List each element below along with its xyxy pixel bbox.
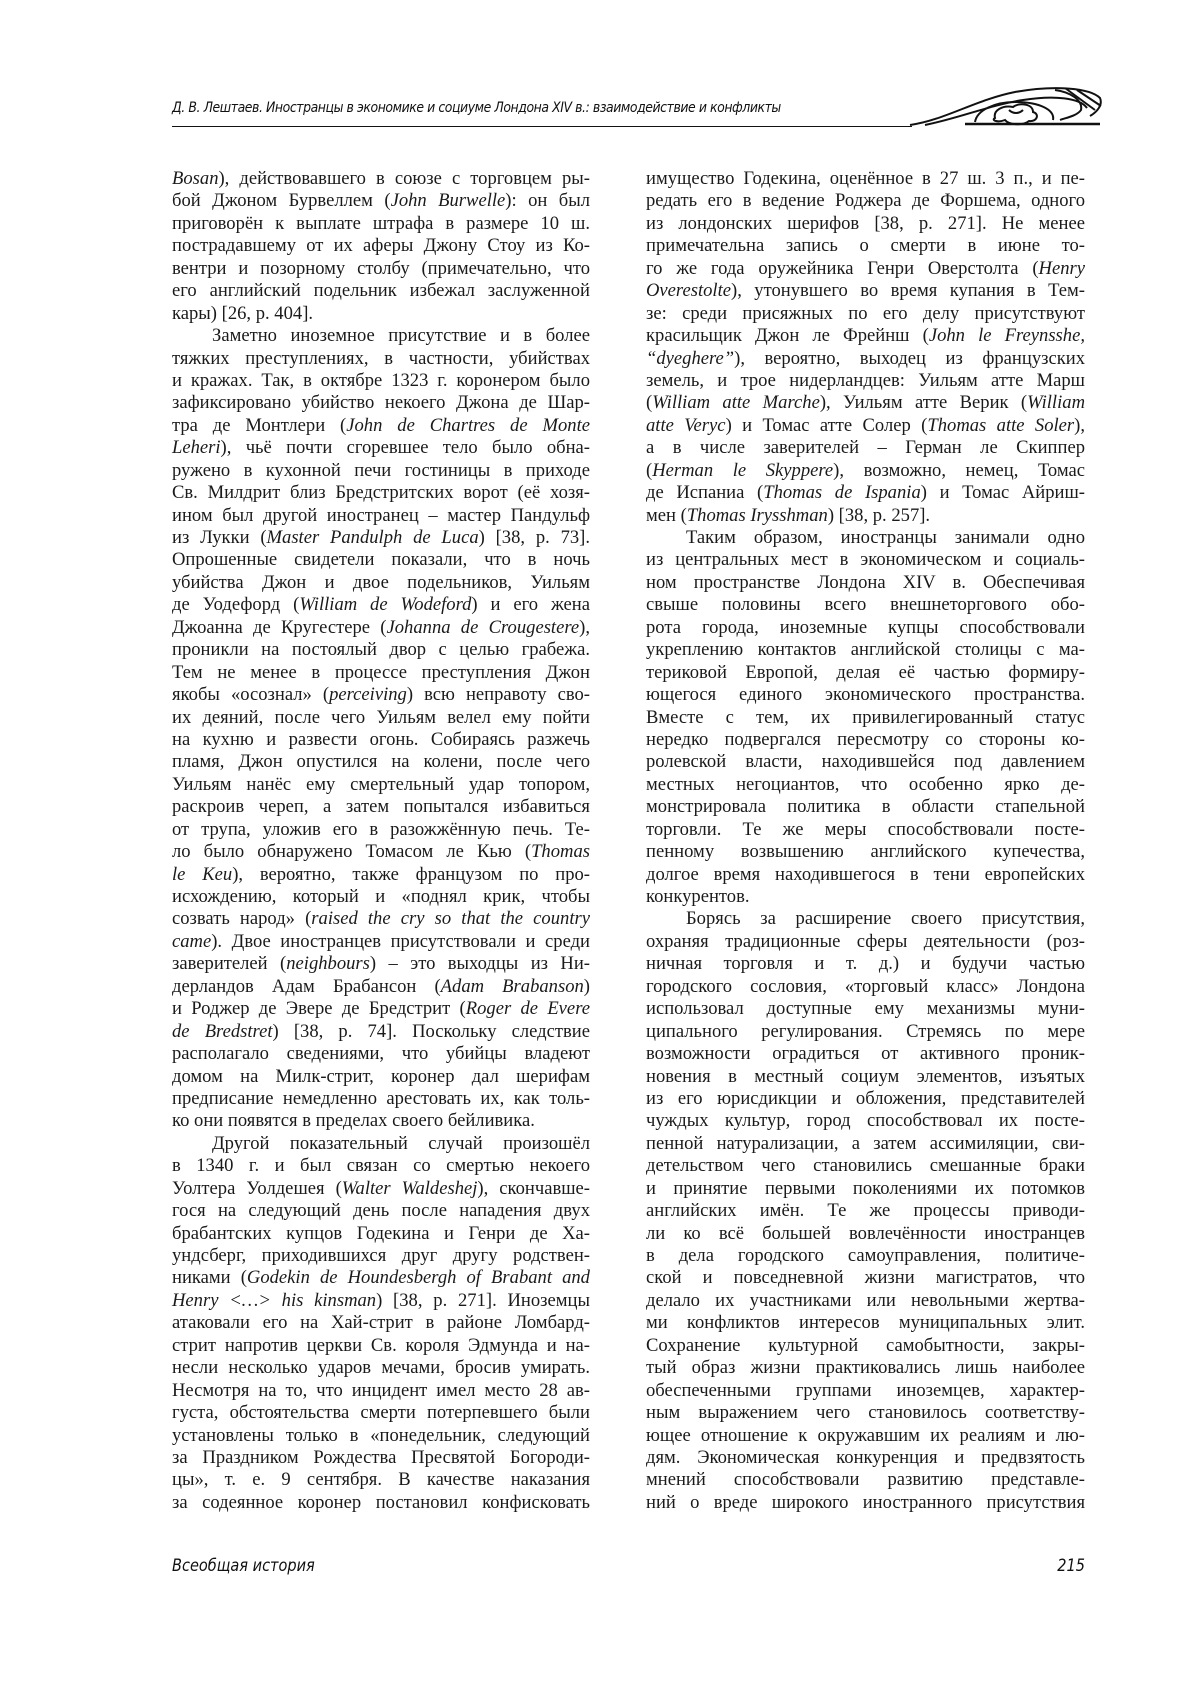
text-line: дям. Экономическая конкуренция и предвзя… <box>646 1447 1085 1469</box>
text-segment: ) и его жена <box>471 594 590 615</box>
text-line: ным выражением чего становилось соответс… <box>646 1402 1085 1424</box>
text-segment: бой Джоном Бурвеллем ( <box>172 190 391 211</box>
text-segment: Уильям нанёс ему смертельный удар топоро… <box>172 774 590 795</box>
text-segment: рота города, иноземные купцы способствов… <box>646 617 1085 638</box>
text-line: предписание немедленно арестовать их, ка… <box>172 1088 590 1110</box>
text-line: цы», т. е. 9 сентября. В качестве наказа… <box>172 1469 590 1491</box>
text-line: тяжких преступлениях, в частности, убийс… <box>172 348 590 370</box>
text-line: проникли на постоялый двор с целью грабе… <box>172 639 590 661</box>
text-segment: обеспеченными группами иноземцев, характ… <box>646 1380 1085 1401</box>
text-segment: атаковали его на Хай-стрит в районе Ломб… <box>172 1312 590 1333</box>
text-line: созвать народ» (raised the cry so that t… <box>172 908 590 930</box>
header-rule <box>172 126 912 127</box>
text-segment: пенному возвышению английского купечеств… <box>646 841 1085 862</box>
text-segment: ном пространстве Лондона XIV в. Обеспечи… <box>646 572 1085 593</box>
italic-text: John Burwelle <box>391 190 506 211</box>
text-segment: ющее отношение к окружавшим их реалиям и… <box>646 1425 1085 1446</box>
text-line: стрит напротив церкви Св. короля Эдмунда… <box>172 1335 590 1357</box>
text-line: де Испаниа (Thomas de Ispania) и Томас А… <box>646 482 1085 504</box>
text-segment: ), действовавшего в союзе с торговцем ры… <box>218 168 590 189</box>
text-segment: Другой показательный случай произошёл <box>212 1133 590 1154</box>
text-line: бой Джоном Бурвеллем (John Burwelle): он… <box>172 190 590 212</box>
italic-text: Walter Waldeshej <box>342 1178 478 1199</box>
text-line: мен (Thomas Irysshman) [38, p. 257]. <box>646 505 1085 527</box>
text-line: использовал доступные ему механизмы муни… <box>646 998 1085 1020</box>
text-segment: ), <box>579 617 590 638</box>
text-segment: ), возможно, немец, Томас <box>833 460 1085 481</box>
text-segment: густа, обстоятельства смерти потерпевшег… <box>172 1402 590 1423</box>
text-line: монстрировала политика в области стапель… <box>646 796 1085 818</box>
text-segment: никами ( <box>172 1267 247 1288</box>
text-line: “dyeghere”), вероятно, выходец из францу… <box>646 348 1085 370</box>
text-segment: мнений способствовали развитию представл… <box>646 1469 1085 1490</box>
text-segment: гося на следующий день после нападения д… <box>172 1200 590 1221</box>
text-line: красильщик Джон ле Фрейнш (John le Freyn… <box>646 325 1085 347</box>
text-segment: от трупа, уложив его в разожжённую печь.… <box>172 819 590 840</box>
text-line: ном пространстве Лондона XIV в. Обеспечи… <box>646 572 1085 594</box>
text-line: и Роджер де Эвере де Бредстрит (Roger de… <box>172 998 590 1020</box>
text-segment: пламя, Джон опустился на колени, после ч… <box>172 751 590 772</box>
running-title: Д. В. Лештаев. Иностранцы в экономике и … <box>172 100 808 116</box>
text-line: ли ко всё большей вовлечённости иностран… <box>646 1223 1085 1245</box>
text-segment: ми конфликтов интересов муниципальных эл… <box>646 1312 1085 1333</box>
text-line: густа, обстоятельства смерти потерпевшег… <box>172 1402 590 1424</box>
text-line: (Herman le Skyppere), возможно, немец, Т… <box>646 460 1085 482</box>
text-line: тра де Монтлери (John de Chartres de Mon… <box>172 415 590 437</box>
text-segment: вентри и позорному столбу (примечательно… <box>172 258 590 279</box>
text-segment: красильщик Джон ле Фрейнш ( <box>646 325 929 346</box>
text-segment: ): он был <box>505 190 590 211</box>
italic-text: John de Chartres de Monte <box>346 415 590 436</box>
right-text-column: имущество Годекина, оценённое в 27 ш. 3 … <box>646 168 1085 1514</box>
text-segment: Джоанна де Кругестере ( <box>172 617 387 638</box>
text-segment: из лондонских шерифов [38, p. 271]. Не м… <box>646 213 1085 234</box>
italic-text: Henry <…> his kinsman <box>172 1290 376 1311</box>
text-line: атаковали его на Хай-стрит в районе Ломб… <box>172 1312 590 1334</box>
text-line: ко они появятся в пределах своего бейлив… <box>172 1110 590 1132</box>
text-segment: примечательна запись о смерти в июне то- <box>646 235 1085 256</box>
text-segment: ющегося единого экономического пространс… <box>646 684 1085 705</box>
text-segment: дерландов Адам Брабансон ( <box>172 976 441 997</box>
text-line: пенной натурализации, а затем ассимиляци… <box>646 1133 1085 1155</box>
text-segment: тра де Монтлери ( <box>172 415 346 436</box>
text-segment: ) <box>584 976 590 997</box>
text-line: came). Двое иностранцев присутствовали и… <box>172 931 590 953</box>
text-segment: из его юрисдикции и обложения, представи… <box>646 1088 1085 1109</box>
text-line: домом на Милк-стрит, коронер дал шерифам <box>172 1066 590 1088</box>
text-segment: кары) [26, p. 404]. <box>172 303 313 324</box>
text-line: новения в местный социум элементов, изъя… <box>646 1066 1085 1088</box>
text-segment: ), вероятно, также французом по про- <box>232 864 590 885</box>
text-segment: го же года оружейника Генри Оверстолта ( <box>646 258 1039 279</box>
text-segment: ), утонувшего во время купания в Тем- <box>731 280 1085 301</box>
text-segment: ) – это выходцы из Ни- <box>370 953 590 974</box>
text-line: и кражах. Так, в октябре 1323 г. коронер… <box>172 370 590 392</box>
text-line: и принятие первыми поколениями их потомк… <box>646 1178 1085 1200</box>
text-line: ролевской власти, находившейся под давле… <box>646 751 1085 773</box>
text-line: приговорён к выплате штрафа в размере 10… <box>172 213 590 235</box>
text-line: местных негоциантов, что особенно ярко д… <box>646 774 1085 796</box>
text-line: убийства Джон и двое подельников, Уильям <box>172 572 590 594</box>
text-line: ской и повседневной жизни магистратов, ч… <box>646 1267 1085 1289</box>
text-line: ундсберг, приходившихся друг другу родст… <box>172 1245 590 1267</box>
text-line: из лондонских шерифов [38, p. 271]. Не м… <box>646 213 1085 235</box>
text-line: обеспеченными группами иноземцев, характ… <box>646 1380 1085 1402</box>
text-segment: английских имён. Те же процессы приводи- <box>646 1200 1085 1221</box>
text-segment: чуждых культур, город способствовал их п… <box>646 1110 1085 1131</box>
text-segment: за Праздником Рождества Пресвятой Богоро… <box>172 1447 590 1468</box>
text-line: заверителей (neighbours) – это выходцы и… <box>172 953 590 975</box>
text-segment: ружено в кухонной печи гостиницы в прихо… <box>172 460 590 481</box>
italic-text: Master Pandulph de Luca <box>267 527 479 548</box>
italic-text: Roger de Evere <box>466 998 590 1019</box>
text-segment: укреплению контактов английской столицы … <box>646 639 1085 660</box>
text-line: Bosan), действовавшего в союзе с торговц… <box>172 168 590 190</box>
text-segment: в 1340 г. и был связан со смертью некоег… <box>172 1155 590 1176</box>
text-segment: тый образ жизни практиковались лишь наиб… <box>646 1357 1085 1378</box>
italic-text: neighbours <box>286 953 370 974</box>
text-line: от трупа, уложив его в разожжённую печь.… <box>172 819 590 841</box>
text-segment: якобы «осознал» ( <box>172 684 329 705</box>
text-segment: и принятие первыми поколениями их потомк… <box>646 1178 1085 1199</box>
italic-text: Johanna de Crougestere <box>387 617 580 638</box>
text-line: раскроив череп, а затем попытался избави… <box>172 796 590 818</box>
text-segment: созвать народ» ( <box>172 908 311 929</box>
text-segment: на кухню и развести огонь. Собираясь раз… <box>172 729 590 750</box>
text-line: возможности оградиться от активного прон… <box>646 1043 1085 1065</box>
text-segment: ), скончавше- <box>477 1178 590 1199</box>
text-line: в дела городского самоуправления, полити… <box>646 1245 1085 1267</box>
text-line: Overestolte), утонувшего во время купани… <box>646 280 1085 302</box>
text-segment: проникли на постоялый двор с целью грабе… <box>172 639 590 660</box>
text-segment: нередко подвергался пересмотру со сторон… <box>646 729 1085 750</box>
text-line: на кухню и развести огонь. Собираясь раз… <box>172 729 590 751</box>
journal-title: Всеобщая история <box>172 1556 315 1575</box>
text-segment: ) и Томас атте Солер ( <box>726 415 928 436</box>
text-line: дерландов Адам Брабансон (Adam Brabanson… <box>172 976 590 998</box>
text-segment: ), Уильям атте Верик ( <box>820 392 1027 413</box>
text-segment: новения в местный социум элементов, изъя… <box>646 1066 1085 1087</box>
text-line: редать его в ведение Роджера де Форшема,… <box>646 190 1085 212</box>
text-segment: а в числе заверителей – Герман ле Скиппе… <box>646 437 1085 458</box>
art-nouveau-ornament-icon <box>905 80 1105 130</box>
text-line: долгое время находившегося в тени европе… <box>646 864 1085 886</box>
text-line: детельством чего становились смешанные б… <box>646 1155 1085 1177</box>
text-line: Уильям нанёс ему смертельный удар топоро… <box>172 774 590 796</box>
text-segment: в дела городского самоуправления, полити… <box>646 1245 1085 1266</box>
text-line: из Лукки (Master Pandulph de Luca) [38, … <box>172 527 590 549</box>
text-segment: убийства Джон и двое подельников, Уильям <box>172 572 590 593</box>
text-line: торговли. Те же меры способствовали пост… <box>646 819 1085 841</box>
text-line: исхождению, который и «поднял крик, чтоб… <box>172 886 590 908</box>
italic-text: William de Wodeford <box>299 594 471 615</box>
text-segment: исхождению, который и «поднял крик, чтоб… <box>172 886 590 907</box>
text-segment: несли несколько ударов мечами, бросив ум… <box>172 1357 590 1378</box>
text-line: го же года оружейника Генри Оверстолта (… <box>646 258 1085 280</box>
text-segment: ролевской власти, находившейся под давле… <box>646 751 1085 772</box>
italic-text: Thomas de Ispania <box>763 482 921 503</box>
text-segment: ко они появятся в пределах своего бейлив… <box>172 1110 535 1131</box>
text-segment: пострадавшему от их аферы Джону Стоу из … <box>172 235 590 256</box>
text-line: его английский подельник избежал заслуже… <box>172 280 590 302</box>
text-line: пенному возвышению английского купечеств… <box>646 841 1085 863</box>
italic-text: atte Veryc <box>646 415 726 436</box>
text-segment: тяжких преступлениях, в частности, убийс… <box>172 348 590 369</box>
text-line: Таким образом, иностранцы занимали одно <box>646 527 1085 549</box>
text-segment: Вместе с тем, их привилегированный стату… <box>646 707 1085 728</box>
text-line: городского сословия, «торговый класс» Ло… <box>646 976 1085 998</box>
text-line: а в числе заверителей – Герман ле Скиппе… <box>646 437 1085 459</box>
text-line: de Bredstret) [38, p. 74]. Поскольку сле… <box>172 1021 590 1043</box>
italic-text: Overestolte <box>646 280 731 301</box>
text-line: имущество Годекина, оценённое в 27 ш. 3 … <box>646 168 1085 190</box>
text-segment: Сохранение культурной самобытности, закр… <box>646 1335 1085 1356</box>
text-line: де Уодефорд (William de Wodeford) и его … <box>172 594 590 616</box>
text-line: ющее отношение к окружавшим их реалиям и… <box>646 1425 1085 1447</box>
text-line: охраняя традиционные сферы деятельности … <box>646 931 1085 953</box>
text-segment: ). Двое иностранцев присутствовали и сре… <box>211 931 590 952</box>
document-page: Д. В. Лештаев. Иностранцы в экономике и … <box>0 0 1200 1697</box>
left-text-column: Bosan), действовавшего в союзе с торговц… <box>172 168 590 1514</box>
text-line: нередко подвергался пересмотру со сторон… <box>646 729 1085 751</box>
italic-text: Thomas <box>531 841 590 862</box>
text-segment: териковой Европой, делая её частью форми… <box>646 662 1085 683</box>
text-line: вентри и позорному столбу (примечательно… <box>172 258 590 280</box>
text-segment: за содеянное коронер постановил конфиско… <box>172 1492 590 1513</box>
text-line: за содеянное коронер постановил конфиско… <box>172 1492 590 1514</box>
text-line: ми конфликтов интересов муниципальных эл… <box>646 1312 1085 1334</box>
italic-text: William <box>1027 392 1085 413</box>
italic-text: le Keu <box>172 864 232 885</box>
text-segment: детельством чего становились смешанные б… <box>646 1155 1085 1176</box>
text-line: брабантских купцов Годекина и Генри де Х… <box>172 1223 590 1245</box>
text-line: ничная торговля и т. д.) и будучи частью <box>646 953 1085 975</box>
italic-text: de Bredstret <box>172 1021 273 1042</box>
text-line: располагало сведениями, что убийцы владе… <box>172 1043 590 1065</box>
text-segment: ) [38, p. 73]. <box>479 527 590 548</box>
text-line: Сохранение культурной самобытности, закр… <box>646 1335 1085 1357</box>
text-segment: свыше половины всего внешнеторгового обо… <box>646 594 1085 615</box>
text-segment: Уолтера Уолдешея ( <box>172 1178 342 1199</box>
text-segment: монстрировала политика в области стапель… <box>646 796 1085 817</box>
text-segment: городского сословия, «торговый класс» Ло… <box>646 976 1085 997</box>
text-line: из его юрисдикции и обложения, представи… <box>646 1088 1085 1110</box>
text-line: из центральных мест в экономическом и со… <box>646 549 1085 571</box>
text-segment: ином был другой иностранец – мастер Панд… <box>172 505 590 526</box>
text-segment: ундсберг, приходившихся друг другу родст… <box>172 1245 590 1266</box>
text-segment: ), <box>1074 415 1085 436</box>
italic-text: Godekin de Houndesbergh of Brabant and <box>247 1267 590 1288</box>
text-line: чуждых культур, город способствовал их п… <box>646 1110 1085 1132</box>
text-segment: раскроив череп, а затем попытался избави… <box>172 796 590 817</box>
italic-text: Henry <box>1039 258 1085 279</box>
text-segment: ципального регулирования. Стремясь по ме… <box>646 1021 1085 1042</box>
text-segment: Борясь за расширение своего присутствия, <box>686 908 1085 929</box>
text-segment: Тем не менее в процессе преступления Джо… <box>172 662 590 683</box>
text-segment: местных негоциантов, что особенно ярко д… <box>646 774 1085 795</box>
text-line: Св. Милдрит близ Бредстритских ворот (её… <box>172 482 590 504</box>
text-line: их деяний, после чего Уильям велел ему п… <box>172 707 590 729</box>
text-segment: установлены только в «понедельник, следу… <box>172 1425 590 1446</box>
text-line: Уолтера Уолдешея (Walter Waldeshej), ско… <box>172 1178 590 1200</box>
text-line: земель, и трое нидерландцев: Уильям атте… <box>646 370 1085 392</box>
text-segment: ний о вреде широкого иностранного присут… <box>646 1492 1085 1513</box>
text-segment: Св. Милдрит близ Бредстритских ворот (её… <box>172 482 590 503</box>
text-segment: дям. Экономическая конкуренция и предвзя… <box>646 1447 1085 1468</box>
text-line: териковой Европой, делая её частью форми… <box>646 662 1085 684</box>
text-line: Вместе с тем, их привилегированный стату… <box>646 707 1085 729</box>
text-segment: ничная торговля и т. д.) и будучи частью <box>646 953 1085 974</box>
text-segment: ), вероятно, выходец из французских <box>734 348 1085 369</box>
text-line: несли несколько ударов мечами, бросив ум… <box>172 1357 590 1379</box>
text-line: конкурентов. <box>646 886 1085 908</box>
text-line: установлены только в «понедельник, следу… <box>172 1425 590 1447</box>
text-line: пламя, Джон опустился на колени, после ч… <box>172 751 590 773</box>
text-segment: ли ко всё большей вовлечённости иностран… <box>646 1223 1085 1244</box>
text-segment: Таким образом, иностранцы занимали одно <box>686 527 1085 548</box>
text-segment: ской и повседневной жизни магистратов, ч… <box>646 1267 1085 1288</box>
text-line: Henry <…> his kinsman) [38, p. 271]. Ино… <box>172 1290 590 1312</box>
text-line: гося на следующий день после нападения д… <box>172 1200 590 1222</box>
text-segment: ) [38, p. 271]. Иноземцы <box>376 1290 590 1311</box>
text-segment: конкурентов. <box>646 886 750 907</box>
text-segment: из Лукки ( <box>172 527 267 548</box>
text-line: якобы «осознал» (perceiving) всю неправо… <box>172 684 590 706</box>
text-segment: долгое время находившегося в тени европе… <box>646 864 1085 885</box>
text-line: atte Veryc) и Томас атте Солер (Thomas a… <box>646 415 1085 437</box>
text-line: (William atte Marche), Уильям атте Верик… <box>646 392 1085 414</box>
italic-text: Bosan <box>172 168 218 189</box>
text-line: укреплению контактов английской столицы … <box>646 639 1085 661</box>
text-line: никами (Godekin de Houndesbergh of Braba… <box>172 1267 590 1289</box>
text-segment: ) [38, p. 74]. Поскольку следствие <box>273 1021 590 1042</box>
text-line: тый образ жизни практиковались лишь наиб… <box>646 1357 1085 1379</box>
text-line: рота города, иноземные купцы способствов… <box>646 617 1085 639</box>
italic-text: Adam Brabanson <box>441 976 584 997</box>
text-line: за Праздником Рождества Пресвятой Богоро… <box>172 1447 590 1469</box>
text-segment: стрит напротив церкви Св. короля Эдмунда… <box>172 1335 590 1356</box>
text-segment: их деяний, после чего Уильям велел ему п… <box>172 707 590 728</box>
text-segment: торговли. Те же меры способствовали пост… <box>646 819 1085 840</box>
text-line: ружено в кухонной печи гостиницы в прихо… <box>172 460 590 482</box>
text-line: Джоанна де Кругестере (Johanna de Crouge… <box>172 617 590 639</box>
text-line: Другой показательный случай произошёл <box>172 1133 590 1155</box>
text-segment: и кражах. Так, в октябре 1323 г. коронер… <box>172 370 590 391</box>
italic-text: Herman le Skyppere <box>652 460 833 481</box>
text-segment: приговорён к выплате штрафа в размере 10… <box>172 213 590 234</box>
text-segment: цы», т. е. 9 сентября. В качестве наказа… <box>172 1469 590 1490</box>
italic-text: came <box>172 931 211 952</box>
text-line: Тем не менее в процессе преступления Джо… <box>172 662 590 684</box>
italic-text: “dyeghere” <box>646 348 734 369</box>
text-segment: ным выражением чего становилось соответс… <box>646 1402 1085 1423</box>
text-line: ципального регулирования. Стремясь по ме… <box>646 1021 1085 1043</box>
text-line: в 1340 г. и был связан со смертью некоег… <box>172 1155 590 1177</box>
text-line: ющегося единого экономического пространс… <box>646 684 1085 706</box>
italic-text: Thomas Irysshman <box>687 505 828 526</box>
text-segment: де Испаниа ( <box>646 482 763 503</box>
text-segment: ) [38, p. 257]. <box>828 505 930 526</box>
text-line: ло было обнаружено Томасом ле Кью (Thoma… <box>172 841 590 863</box>
italic-text: Thomas atte Soler <box>927 415 1074 436</box>
text-segment: и Роджер де Эвере де Бредстрит ( <box>172 998 466 1019</box>
text-line: мнений способствовали развитию представл… <box>646 1469 1085 1491</box>
text-segment: использовал доступные ему механизмы муни… <box>646 998 1085 1019</box>
italic-text: William atte Marche <box>652 392 820 413</box>
text-line: делало их участниками или невольными жер… <box>646 1290 1085 1312</box>
text-segment: мен ( <box>646 505 687 526</box>
text-segment: пенной натурализации, а затем ассимиляци… <box>646 1133 1085 1154</box>
italic-text: raised the cry so that the country <box>311 908 590 929</box>
text-line: Заметно иноземное присутствие и в более <box>172 325 590 347</box>
text-segment: де Уодефорд ( <box>172 594 299 615</box>
text-segment: его английский подельник избежал заслуже… <box>172 280 590 301</box>
text-line: зе: среди присяжных по его делу присутст… <box>646 303 1085 325</box>
text-segment: зе: среди присяжных по его делу присутст… <box>646 303 1085 324</box>
text-segment: ) всю неправоту сво- <box>407 684 590 705</box>
text-segment: имущество Годекина, оценённое в 27 ш. 3 … <box>646 168 1085 189</box>
text-line: Leheri), чьё почти сгоревшее тело было о… <box>172 437 590 459</box>
text-segment: делало их участниками или невольными жер… <box>646 1290 1085 1311</box>
text-line: Опрошенные свидетели показали, что в ноч… <box>172 549 590 571</box>
text-line: Несмотря на то, что инцидент имел место … <box>172 1380 590 1402</box>
text-segment: из центральных мест в экономическом и со… <box>646 549 1085 570</box>
text-segment: домом на Милк-стрит, коронер дал шерифам <box>172 1066 590 1087</box>
text-segment: охраняя традиционные сферы деятельности … <box>646 931 1085 952</box>
text-line: ином был другой иностранец – мастер Панд… <box>172 505 590 527</box>
text-segment: ло было обнаружено Томасом ле Кью ( <box>172 841 531 862</box>
italic-text: John le Freynsshe, <box>929 325 1085 346</box>
text-segment: ) и Томас Айриш- <box>921 482 1085 503</box>
text-line: свыше половины всего внешнеторгового обо… <box>646 594 1085 616</box>
text-segment: Несмотря на то, что инцидент имел место … <box>172 1380 590 1401</box>
text-segment: Опрошенные свидетели показали, что в ноч… <box>172 549 590 570</box>
text-segment: земель, и трое нидерландцев: Уильям атте… <box>646 370 1085 391</box>
text-segment: предписание немедленно арестовать их, ка… <box>172 1088 590 1109</box>
page-number: 215 <box>1037 1556 1085 1575</box>
text-line: кары) [26, p. 404]. <box>172 303 590 325</box>
text-line: английских имён. Те же процессы приводи- <box>646 1200 1085 1222</box>
text-segment: брабантских купцов Годекина и Генри де Х… <box>172 1223 590 1244</box>
text-line: зафиксировано убийство некоего Джона де … <box>172 392 590 414</box>
text-line: Борясь за расширение своего присутствия, <box>646 908 1085 930</box>
italic-text: Leheri <box>172 437 221 458</box>
text-line: ний о вреде широкого иностранного присут… <box>646 1492 1085 1514</box>
text-segment: зафиксировано убийство некоего Джона де … <box>172 392 590 413</box>
text-segment: Заметно иноземное присутствие и в более <box>212 325 590 346</box>
text-segment: возможности оградиться от активного прон… <box>646 1043 1085 1064</box>
text-segment: ), чьё почти сгоревшее тело было обна- <box>221 437 590 458</box>
text-segment: заверителей ( <box>172 953 286 974</box>
text-segment: редать его в ведение Роджера де Форшема,… <box>646 190 1085 211</box>
italic-text: perceiving <box>329 684 407 705</box>
text-line: le Keu), вероятно, также французом по пр… <box>172 864 590 886</box>
text-segment: располагало сведениями, что убийцы владе… <box>172 1043 590 1064</box>
text-line: пострадавшему от их аферы Джону Стоу из … <box>172 235 590 257</box>
text-line: примечательна запись о смерти в июне то- <box>646 235 1085 257</box>
